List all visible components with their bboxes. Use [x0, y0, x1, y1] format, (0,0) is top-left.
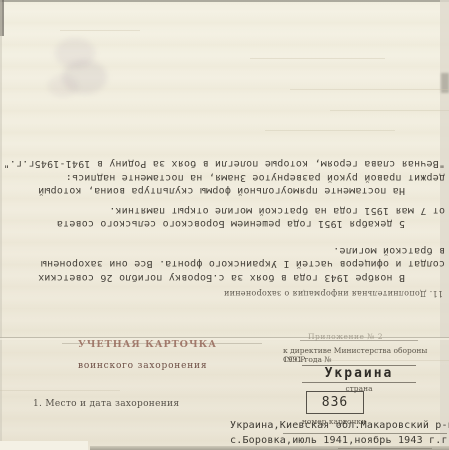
paragraph-monument-description: На постаменте прямоугольной формы скульп… — [4, 157, 445, 198]
crease-line — [250, 58, 385, 59]
paragraph-burial-info: В ноябре 1943 года в боях за с.Боровку п… — [4, 244, 445, 285]
typed-line: "Вечная слава героям, которые полегли в … — [4, 157, 445, 171]
crease-line — [265, 130, 395, 131]
typed-line: 5 декабря 1951 года решением Боровского … — [4, 217, 445, 231]
typed-line: от 7 мая 1951 года на братской могиле от… — [4, 204, 445, 218]
stamp-bleed-smudge — [48, 75, 78, 97]
crease-line — [290, 89, 449, 90]
typed-line: в братской могиле. — [4, 244, 445, 258]
typed-line: На постаменте прямоугольной формы скульп… — [4, 184, 445, 198]
annex-underline — [300, 340, 418, 341]
section-11-label: 11. Дополнительная информация о захороне… — [4, 289, 443, 298]
annex-reference-line3: 1991 года № — [283, 355, 332, 364]
card-title: УЧЕТНАЯ КАРТОЧКА — [78, 339, 217, 350]
crease-line — [330, 110, 449, 111]
scanned-burial-card: 11. Дополнительная информация о захороне… — [0, 0, 449, 450]
crease-line — [60, 30, 140, 31]
burial-place-line2: с.Боровка,июль 1941,ноябрь 1943 г.г. — [230, 435, 449, 446]
card-number-box: 836 — [306, 391, 364, 414]
crease-line — [0, 390, 120, 391]
typed-line: В ноябре 1943 года в боях за с.Боровку п… — [4, 271, 445, 285]
scan-edge-left — [0, 0, 2, 450]
burial-place-underline1 — [283, 433, 447, 434]
burial-place-underline2 — [338, 448, 432, 449]
scan-edge-top — [0, 0, 449, 2]
field-label-place-date: 1. Место и дата захоронения — [33, 399, 179, 409]
bottom-left-light-edge — [0, 441, 88, 450]
country-field-rule-bottom — [302, 382, 416, 383]
card-subtitle: воинского захоронения — [78, 361, 207, 371]
typed-line: держит правой рукой развернутое Знамя, н… — [4, 171, 445, 185]
typed-line: солдат и офицеров частей I Украинского ф… — [4, 257, 445, 271]
country-value: Украина — [302, 366, 416, 381]
right-edge-shadow-patch — [441, 73, 449, 93]
burial-place-line1: Украина,Киевская обл.Макаровский р-н — [230, 420, 449, 431]
paragraph-monument-decision: 5 декабря 1951 года решением Боровского … — [4, 204, 445, 231]
back-section-rotated: 11. Дополнительная информация о захороне… — [4, 149, 445, 301]
